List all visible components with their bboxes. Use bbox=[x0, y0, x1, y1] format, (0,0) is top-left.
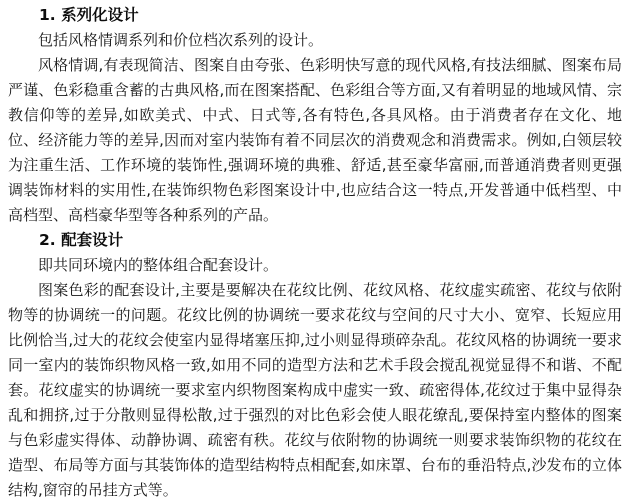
section-series-design: 1. 系列化设计 包括风格情调系列和价位档次系列的设计。 风格情调,有表现简洁、… bbox=[8, 3, 622, 228]
document-page: 1. 系列化设计 包括风格情调系列和价位档次系列的设计。 风格情调,有表现简洁、… bbox=[0, 0, 630, 499]
paragraph-style-mood: 风格情调,有表现简洁、图案自由夸张、色彩明快写意的现代风格,有技法细腻、图案布局… bbox=[8, 53, 622, 228]
section-coordination-design: 2. 配套设计 即共同环境内的整体组合配套设计。 图案色彩的配套设计,主要是要解… bbox=[8, 228, 622, 499]
section-heading-coordination-design: 2. 配套设计 bbox=[8, 228, 622, 253]
section-heading-series-design: 1. 系列化设计 bbox=[8, 3, 622, 28]
paragraph-pattern-color-coordination: 图案色彩的配套设计,主要是要解决在花纹比例、花纹风格、花纹虚实疏密、花纹与依附物… bbox=[8, 278, 622, 499]
paragraph-coordination-intro: 即共同环境内的整体组合配套设计。 bbox=[8, 253, 622, 278]
paragraph-series-intro: 包括风格情调系列和价位档次系列的设计。 bbox=[8, 28, 622, 53]
